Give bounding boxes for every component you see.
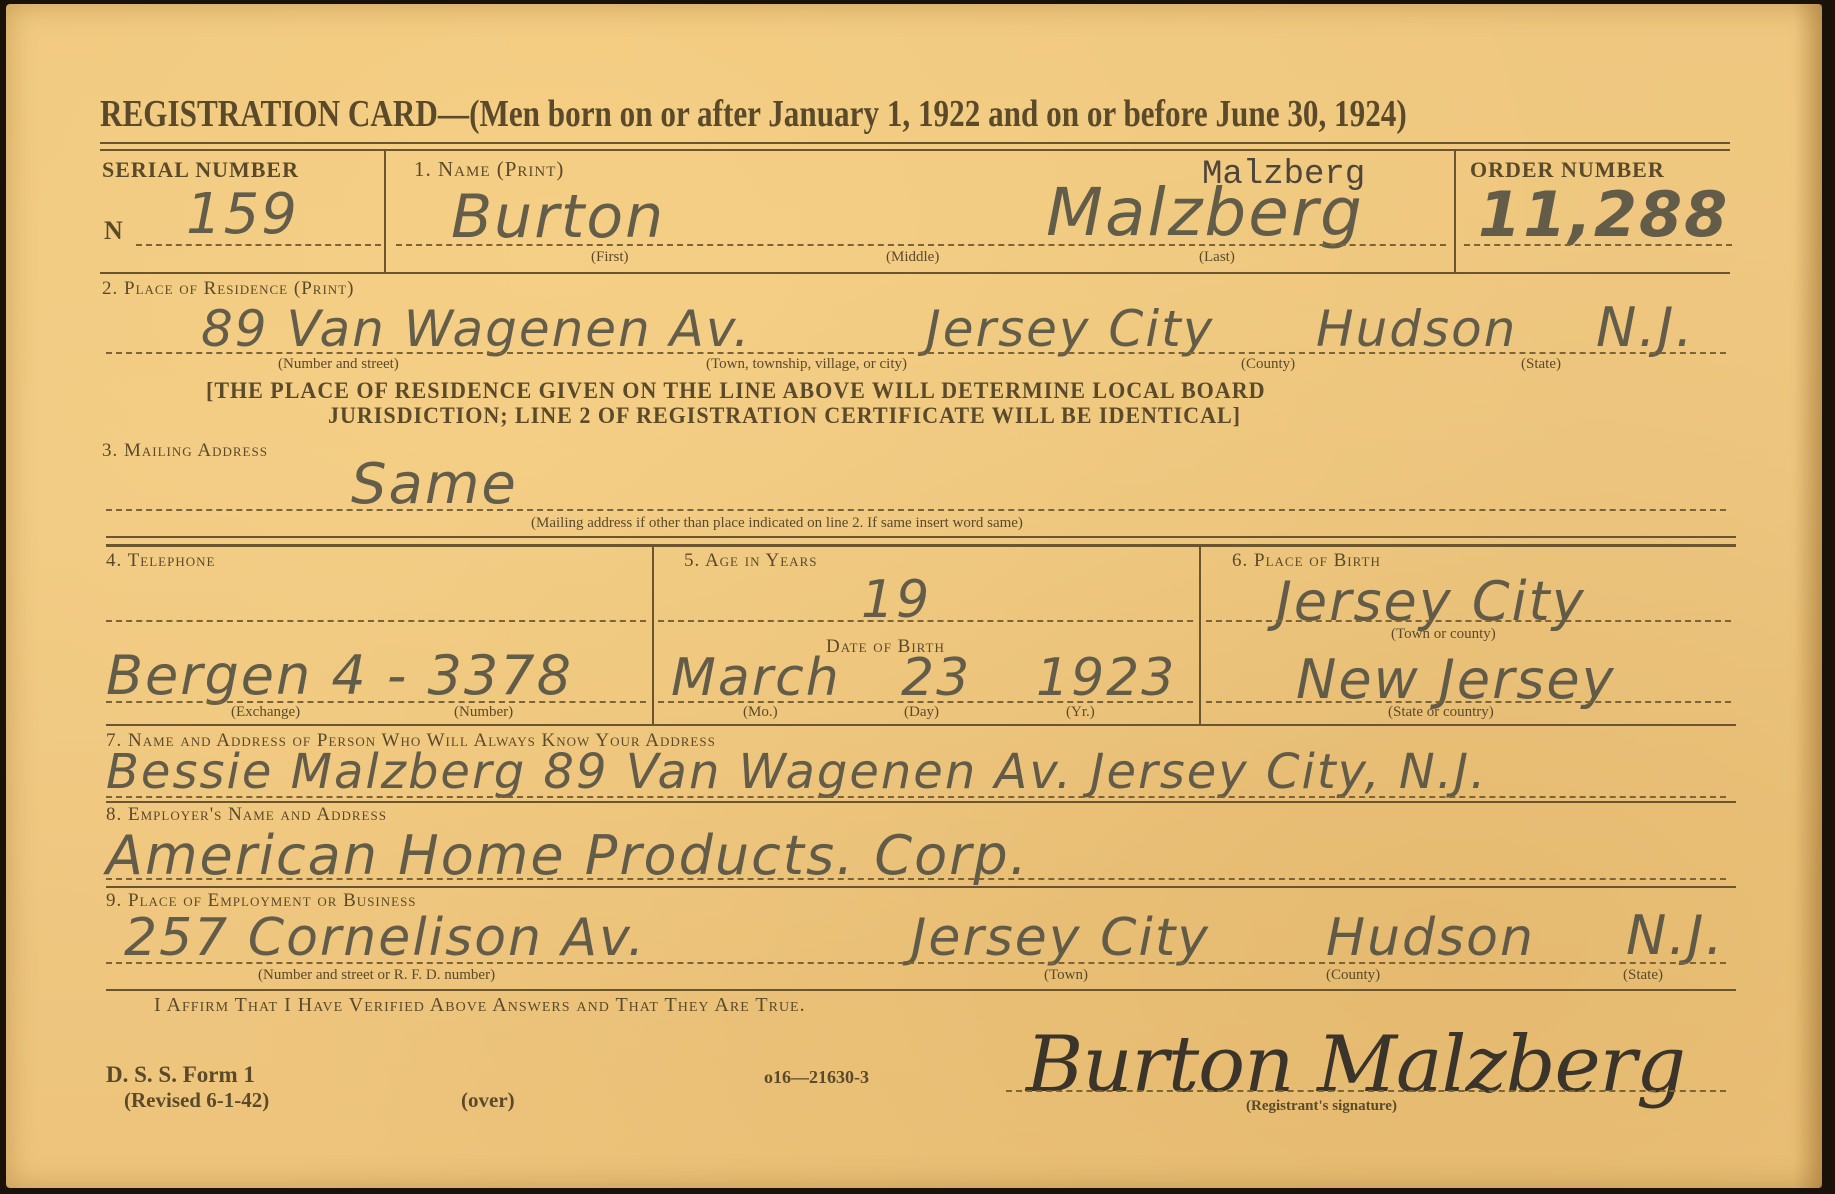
residence-notice-line2: JURISDICTION; LINE 2 OF REGISTRATION CER…	[328, 403, 1241, 429]
form-number: D. S. S. Form 1	[106, 1062, 255, 1088]
contact-line	[106, 796, 1726, 798]
rule-row1	[100, 272, 1730, 274]
residence-label: 2. Place of Residence (Print)	[102, 278, 354, 300]
rule-row6	[106, 724, 1736, 726]
divider-birthplace	[1199, 547, 1201, 725]
rule-row7	[106, 801, 1736, 803]
caption-last: (Last)	[1199, 249, 1235, 266]
employment-line	[106, 962, 1726, 964]
serial-prefix: N	[104, 216, 123, 246]
birthplace-label: 6. Place of Birth	[1232, 550, 1381, 572]
name-first[interactable]: Burton	[451, 182, 665, 252]
form-revised: (Revised 6-1-42)	[124, 1088, 269, 1113]
serial-line	[136, 244, 381, 246]
rule-row3-1	[106, 536, 1736, 538]
serial-label: SERIAL NUMBER	[102, 157, 299, 183]
mailing-label: 3. Mailing Address	[102, 440, 268, 462]
rule-row9	[106, 989, 1736, 991]
birthplace-line-1	[1206, 620, 1731, 622]
employment-county[interactable]: Hudson	[1326, 908, 1535, 968]
caption-mo: (Mo.)	[743, 704, 778, 721]
divider-order	[1454, 151, 1456, 273]
telephone-line-1	[106, 620, 646, 622]
caption-birthplace-state: (State or country)	[1388, 704, 1494, 721]
residence-line	[106, 352, 1726, 354]
caption-residence-state: (State)	[1521, 356, 1561, 373]
rule-top-1	[100, 142, 1730, 144]
residence-notice-line1: [THE PLACE OF RESIDENCE GIVEN ON THE LIN…	[206, 378, 1266, 404]
card-title: REGISTRATION CARD—(Men born on or after …	[100, 92, 1407, 136]
employer-label: 8. Employer's Name and Address	[106, 804, 387, 826]
caption-employment-state: (State)	[1623, 967, 1663, 984]
name-label: 1. Name (Print)	[414, 157, 564, 182]
order-number[interactable]: 11,288	[1478, 178, 1729, 251]
birthplace-line-2	[1206, 701, 1731, 703]
name-line	[396, 244, 1446, 246]
registration-card: REGISTRATION CARD—(Men born on or after …	[6, 4, 1822, 1188]
residence-state[interactable]: N.J.	[1596, 296, 1695, 359]
caption-residence-town: (Town, township, village, or city)	[706, 356, 907, 373]
caption-yr: (Yr.)	[1066, 704, 1095, 721]
birthplace-town[interactable]: Jersey City	[1276, 570, 1586, 633]
caption-employment-county: (County)	[1326, 967, 1380, 984]
telephone-label: 4. Telephone	[106, 550, 215, 572]
caption-first: (First)	[591, 249, 629, 266]
residence-county[interactable]: Hudson	[1316, 300, 1517, 358]
caption-birthplace-town: (Town or county)	[1391, 626, 1496, 643]
age-line	[658, 620, 1193, 622]
telephone-line-2	[106, 701, 646, 703]
telephone-number[interactable]: Bergen 4 - 3378	[106, 644, 573, 707]
caption-exchange: (Exchange)	[231, 704, 300, 721]
mailing-caption: (Mailing address if other than place ind…	[531, 515, 1023, 532]
mailing-address[interactable]: Same	[351, 452, 518, 517]
over-note: (over)	[461, 1088, 515, 1113]
rule-row3-2	[106, 544, 1736, 547]
employment-town[interactable]: Jersey City	[911, 908, 1210, 968]
employer-line	[106, 878, 1726, 880]
contact-value[interactable]: Bessie Malzberg 89 Van Wagenen Av. Jerse…	[106, 744, 1487, 800]
caption-employment-street: (Number and street or R. F. D. number)	[258, 967, 495, 984]
signature-line	[1006, 1090, 1726, 1092]
name-last[interactable]: Malzberg	[1046, 174, 1364, 251]
dob-year[interactable]: 1923	[1036, 648, 1176, 708]
residence-street[interactable]: 89 Van Wagenen Av.	[201, 300, 751, 358]
dob-line	[658, 701, 1193, 703]
serial-number[interactable]: 159	[186, 182, 299, 247]
caption-day: (Day)	[904, 704, 939, 721]
caption-middle: (Middle)	[886, 249, 939, 266]
mailing-line	[106, 509, 1726, 511]
print-code: o16—21630-3	[764, 1067, 869, 1088]
divider-serial	[384, 151, 386, 273]
rule-row8	[106, 886, 1736, 888]
caption-residence-street: (Number and street)	[278, 356, 399, 373]
age-label: 5. Age in Years	[684, 550, 817, 572]
order-line	[1464, 244, 1732, 246]
caption-employment-town: (Town)	[1044, 967, 1088, 984]
dob-day[interactable]: 23	[901, 648, 971, 708]
employment-state[interactable]: N.J.	[1626, 904, 1725, 967]
residence-town[interactable]: Jersey City	[926, 300, 1214, 358]
rule-top-2	[100, 149, 1730, 151]
divider-telephone	[652, 547, 654, 725]
signature-caption: (Registrant's signature)	[1246, 1098, 1397, 1115]
registrant-signature[interactable]: Burton Malzberg	[1026, 1020, 1685, 1110]
caption-residence-county: (County)	[1241, 356, 1295, 373]
dob-month[interactable]: March	[671, 648, 841, 708]
employment-street[interactable]: 257 Cornelison Av.	[124, 908, 646, 968]
caption-number: (Number)	[454, 704, 513, 721]
affirmation-text: I Affirm That I Have Verified Above Answ…	[154, 994, 806, 1017]
